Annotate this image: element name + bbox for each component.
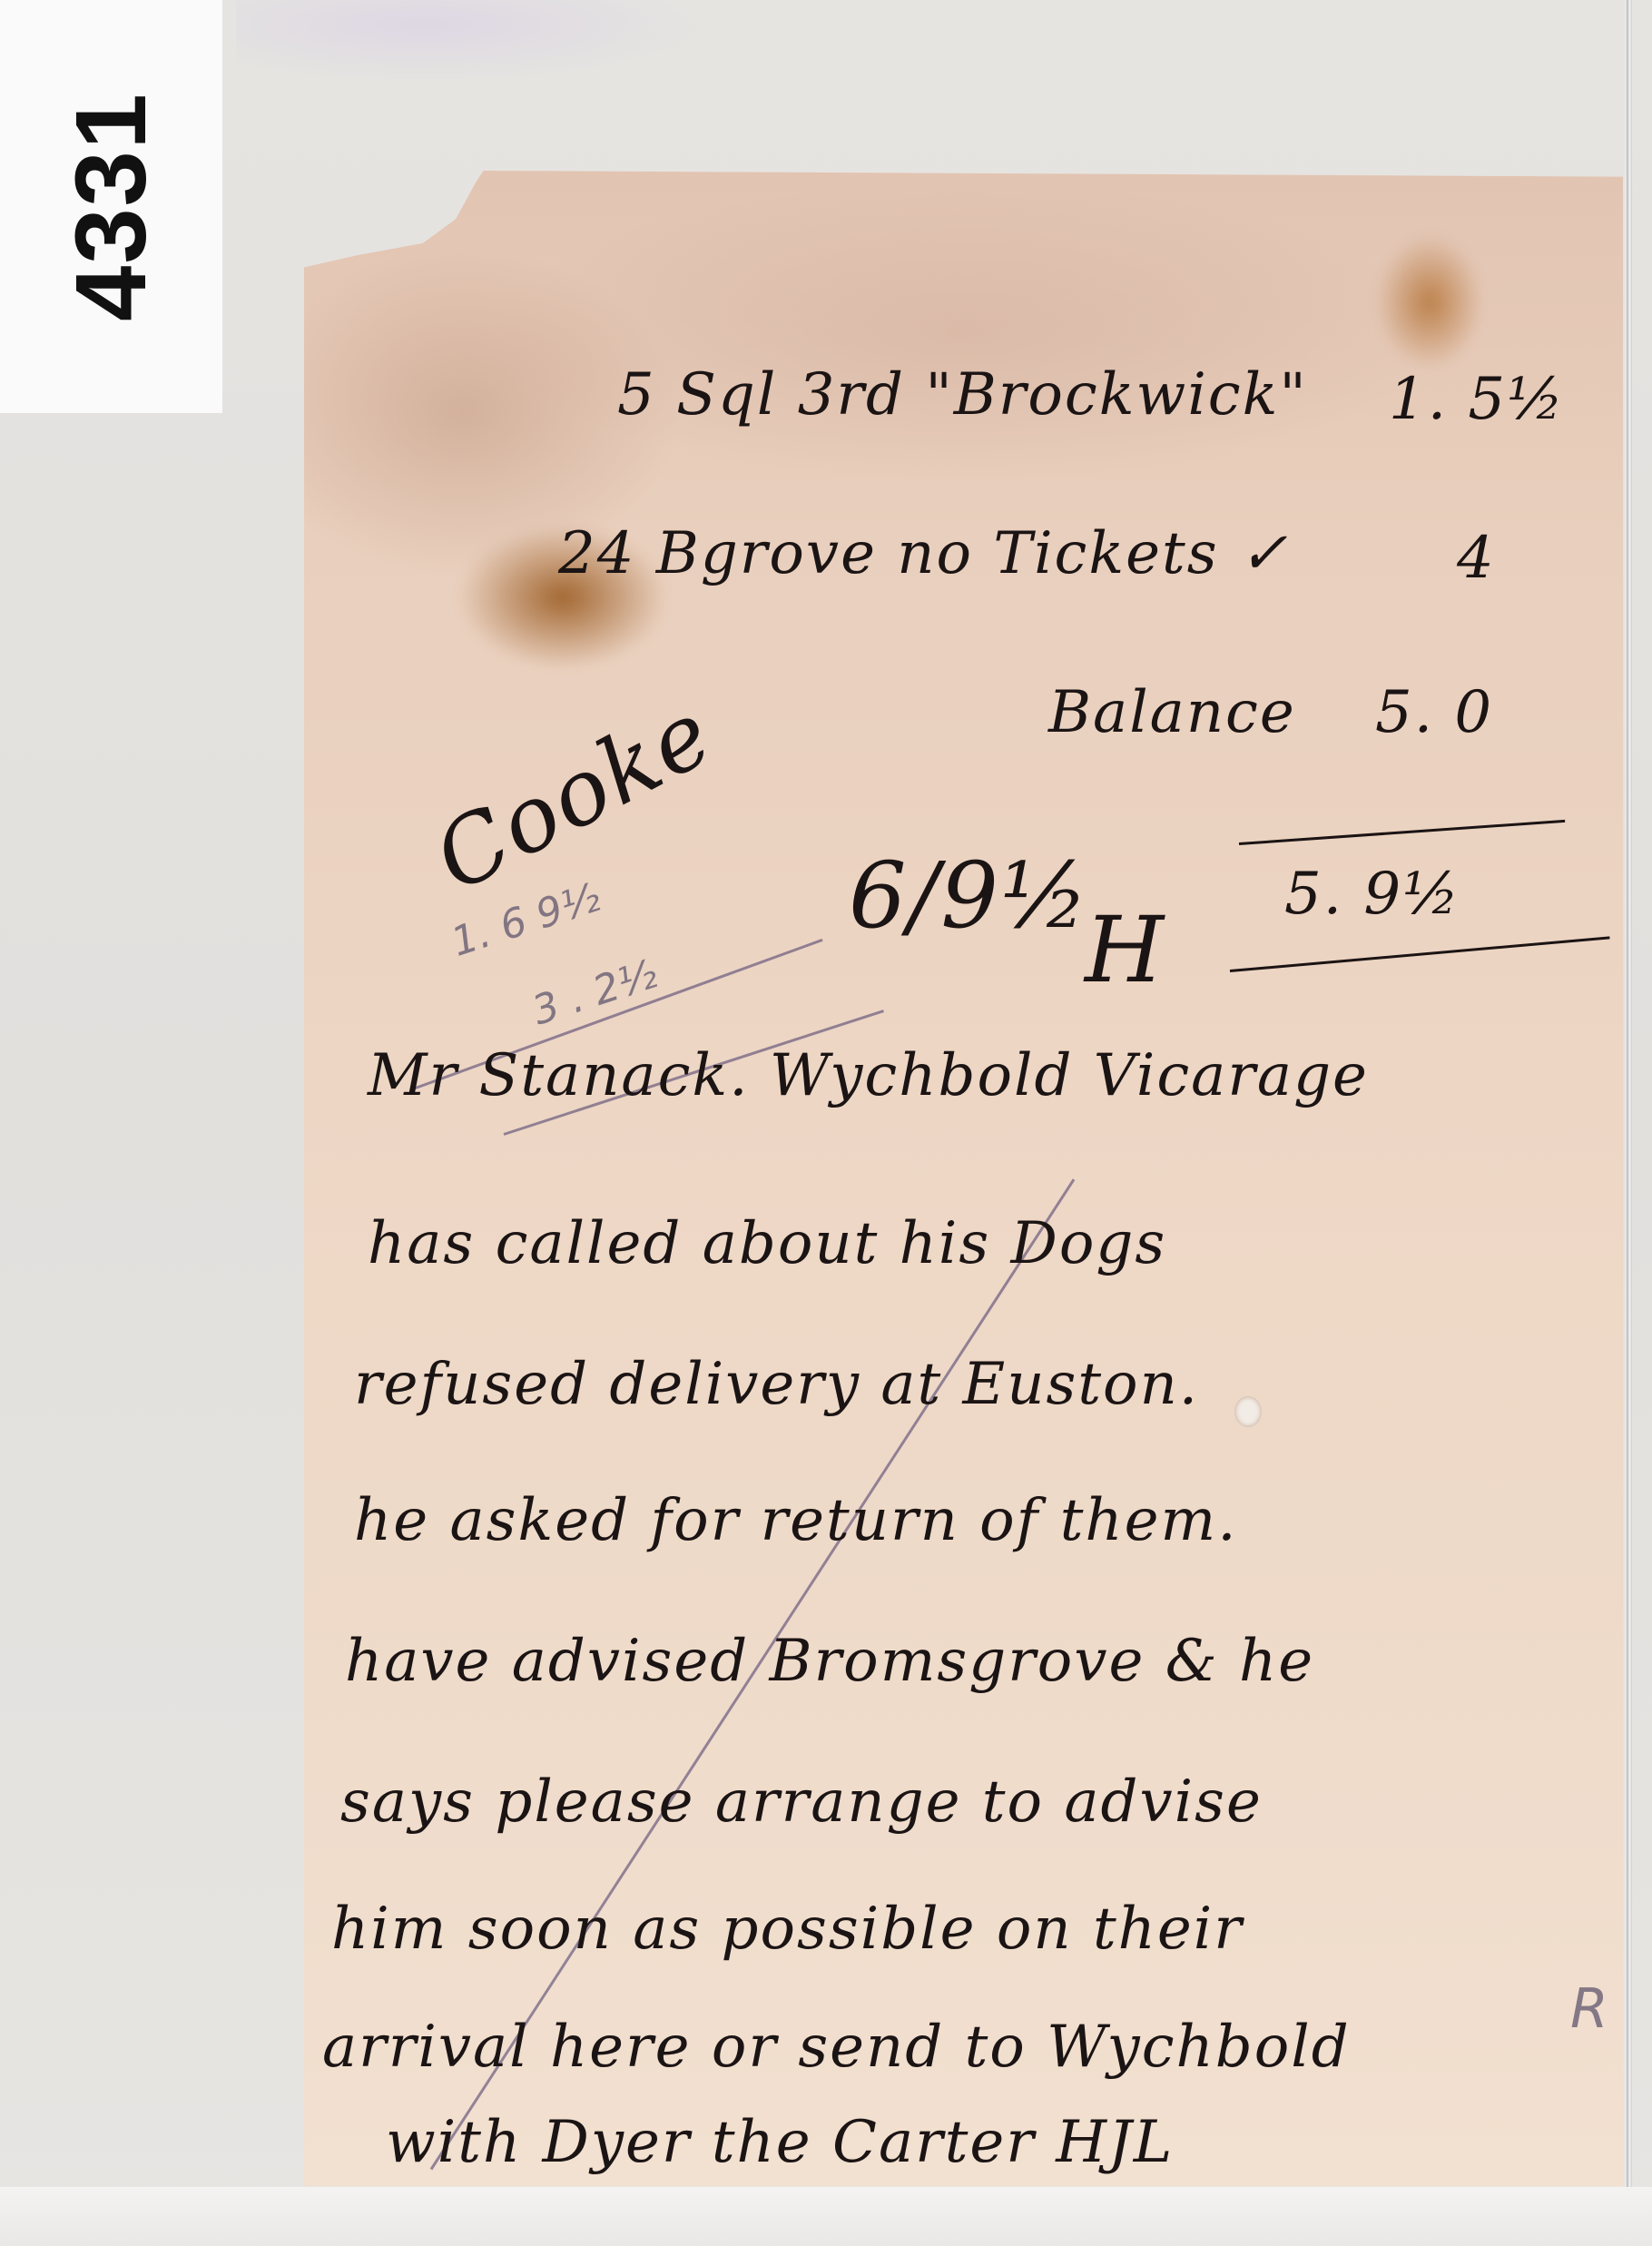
handwritten-note: 5 Sql 3rd "Brockwick" 1. 5½ 24 Bgrove no… [304,171,1623,2186]
balance-amount: 5. 0 [1375,679,1493,746]
catalog-number: 4331 [54,92,169,321]
catalog-label: 4331 [0,0,222,413]
ledger-line-1-amount: 1. 5½ [1389,366,1565,433]
cooke-total: 5. 9½ [1284,861,1460,928]
balance-label: Balance [1048,679,1296,746]
pin-hole [1234,1396,1262,1427]
margin-mark: R [1570,1977,1608,2041]
ledger-line-2-amount: 4 [1457,525,1496,592]
message-line-4: he asked for return of them. [354,1487,1238,1554]
message-line-2: has called about his Dogs [368,1210,1166,1277]
plastic-sleeve-sheen [236,0,708,82]
ledger-line-1-text: 5 Sql 3rd "Brockwick" [617,361,1308,429]
ledger-line-2-text: 24 Bgrove no Tickets ✓ [558,520,1290,587]
cooke-signature: Cooke [418,679,729,912]
message-line-1: Mr Stanack. Wychbold Vicarage [368,1042,1369,1109]
message-line-5: have advised Bromsgrove & he [345,1628,1314,1695]
stain-mark [1375,234,1484,370]
message-line-3: refused delivery at Euston. [354,1351,1199,1418]
overline-rule [1239,820,1565,845]
underline-rule [1230,936,1610,972]
message-line-6: says please arrange to advise [340,1768,1263,1836]
message-line-7: him soon as possible on their [331,1896,1244,1963]
message-line-9: with Dyer the Carter HJL [386,2109,1174,2176]
scan-bottom-glare [0,2187,1652,2246]
cooke-initial: H [1085,897,1165,1003]
cooke-amount: 6/9½ [849,842,1090,949]
plastic-sleeve-edge [1625,0,1632,2246]
message-line-8: arrival here or send to Wychbold [322,2014,1351,2081]
